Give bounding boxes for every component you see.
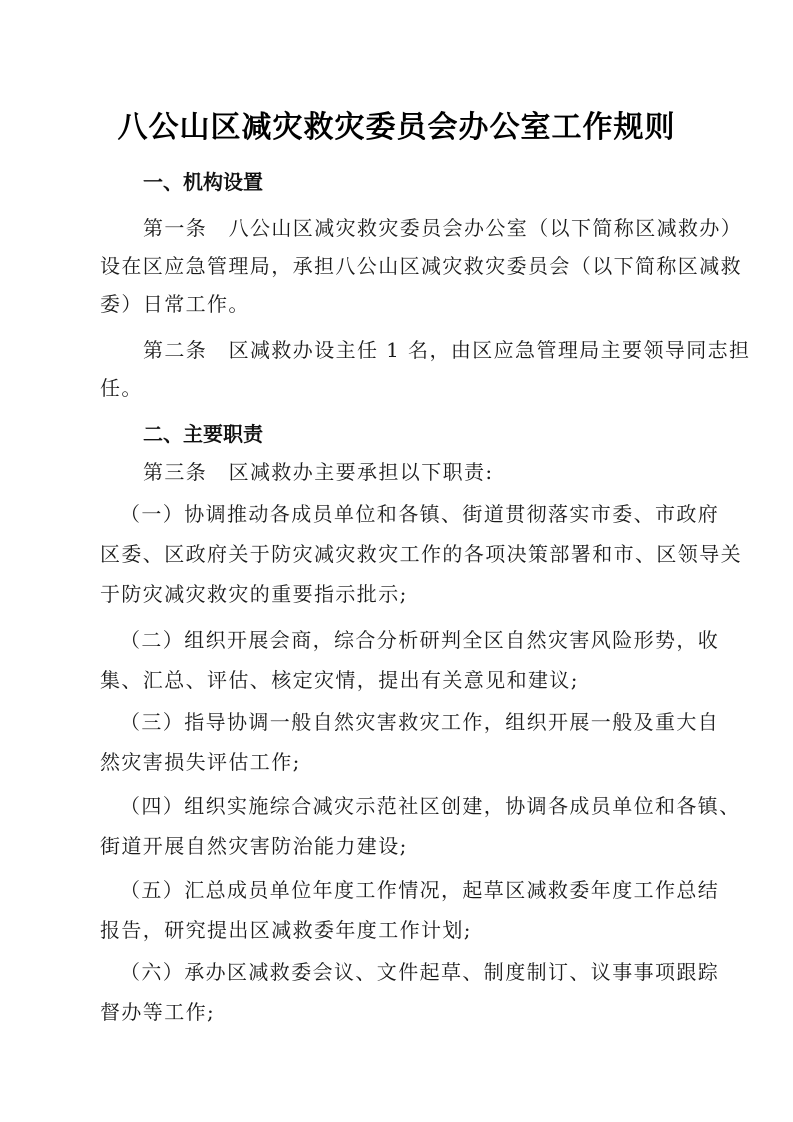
item-6-line-1: （六）承办区减救委会议、文件起草、制度制订、议事事项跟踪 [120,957,710,987]
item-4-line-1: （四）组织实施综合减灾示范社区创建，协调各成员单位和各镇、 [120,791,710,821]
item-3-line-1: （三）指导协调一般自然灾害救灾工作，组织开展一般及重大自 [120,707,710,737]
article-2-line-2: 任。 [100,373,690,403]
item-1-line-2: 区委、区政府关于防灾减灾救灾工作的各项决策部署和市、区领导关 [100,539,690,569]
section-heading-1: 一、机构设置 [143,167,263,197]
item-3-line-2: 然灾害损失评估工作; [100,747,690,777]
item-1-line-3: 于防灾减灾救灾的重要指示批示; [100,579,690,609]
item-2-line-1: （二）组织开展会商，综合分析研判全区自然灾害风险形势，收 [120,625,710,655]
item-6-line-2: 督办等工作; [100,997,690,1027]
article-1-line-2: 设在区应急管理局，承担八公山区减灾救灾委员会（以下简称区减救 [100,251,690,281]
article-3-line-1: 第三条 区减救办主要承担以下职责: [143,457,733,487]
article-2-line-1: 第二条 区减救办设主任 1 名，由区应急管理局主要领导同志担 [143,335,733,365]
item-2-line-2: 集、汇总、评估、核定灾情，提出有关意见和建议; [100,665,690,695]
item-4-line-2: 街道开展自然灾害防治能力建设; [100,831,690,861]
section-heading-2: 二、主要职责 [143,419,263,449]
item-5-line-2: 报告，研究提出区减救委年度工作计划; [100,915,690,945]
article-1-line-1: 第一条 八公山区减灾救灾委员会办公室（以下简称区减救办） [143,213,733,243]
item-1-line-1: （一）协调推动各成员单位和各镇、街道贯彻落实市委、市政府 [120,499,710,529]
article-1-line-3: 委）日常工作。 [100,289,690,319]
item-5-line-1: （五）汇总成员单位年度工作情况，起草区减救委年度工作总结 [120,875,710,905]
document-title: 八公山区减灾救灾委员会办公室工作规则 [0,108,793,148]
document-page: 八公山区减灾救灾委员会办公室工作规则 一、机构设置 第一条 八公山区减灾救灾委员… [0,0,793,1122]
